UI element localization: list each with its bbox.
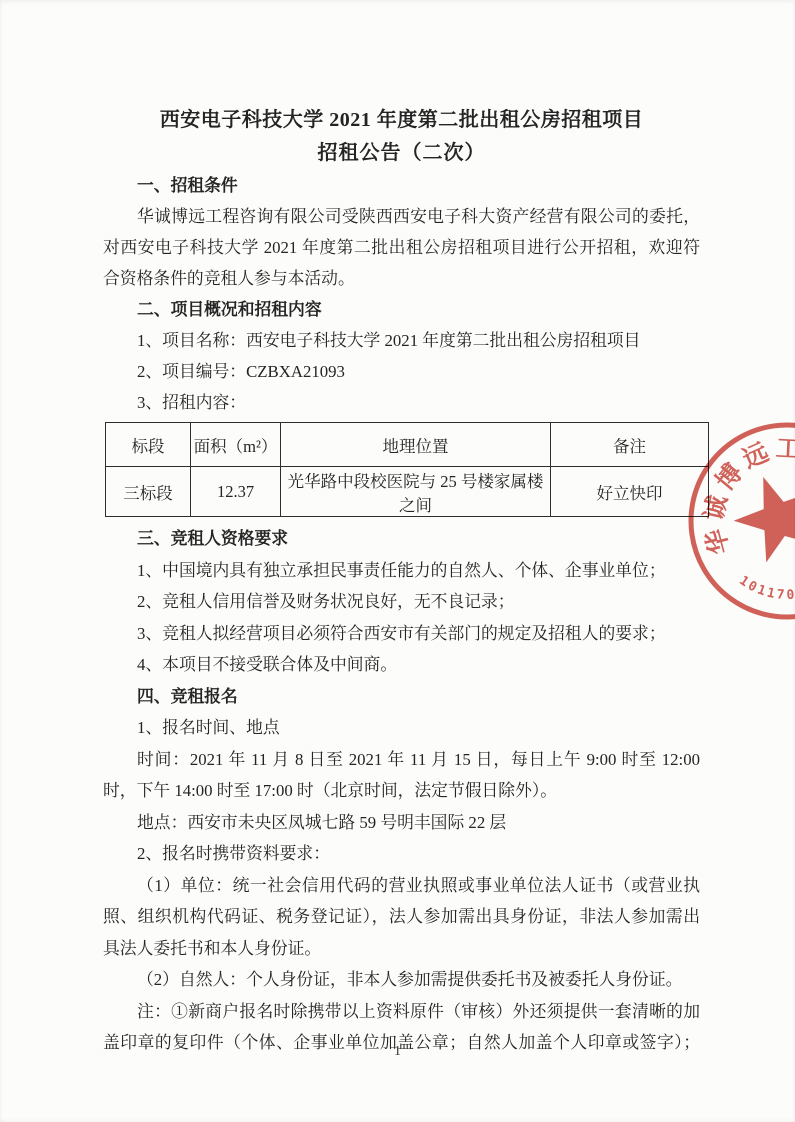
table-cell-area: 12.37 [191,467,281,517]
document-title-line1: 西安电子科技大学 2021 年度第二批出租公房招租项目 [103,104,700,138]
section-heading-bidder-qualifications: 三、竞租人资格要求 [103,523,700,555]
doc-line-registration-address: 地点：西安市未央区凤城七路 59 号明丰国际 22 层 [103,807,700,839]
section-heading-registration: 四、竞租报名 [103,681,700,713]
page-number: 1 [0,1044,795,1060]
section-heading-project-overview: 二、项目概况和招租内容 [103,294,700,325]
doc-line: 时，下午 14:00 时至 17:00 时（北京时间，法定节假日除外）。 [103,775,700,807]
table-cell-location: 光华路中段校医院与 25 号楼家属楼之间 [281,467,551,517]
doc-line-registration-time: 时间：2021 年 11 月 8 日至 2021 年 11 月 15 日，每日上… [103,744,700,776]
doc-line: 3、竞租人拟经营项目必须符合西安市有关部门的规定及招租人的要求； [103,618,700,650]
doc-line: 具法人委托书和本人身份证。 [103,933,700,965]
doc-line: 2、报名时携带资料要求： [103,838,700,870]
seal-serial-text: 10117019315 [735,560,795,611]
document-upper-section: 西安电子科技大学 2021 年度第二批出租公房招租项目 招租公告（二次） 一、招… [103,104,700,418]
doc-line-project-number: 2、项目编号：CZBXA21093 [103,356,700,387]
doc-line: （2）自然人：个人身份证，非本人参加需提供委托书及被委托人身份证。 [103,964,700,996]
rent-table-header-row: 标段 面积（m²） 地理位置 备注 [106,423,709,467]
doc-line: 合资格条件的竞租人参与本活动。 [103,263,700,294]
doc-line-rental-content: 3、招租内容： [103,387,700,418]
table-header-location: 地理位置 [281,423,551,467]
rent-table: 标段 面积（m²） 地理位置 备注 三标段 12.37 光华路中段校医院与 25… [105,422,709,517]
section-heading-rental-conditions: 一、招租条件 [103,170,700,201]
table-cell-bid-section: 三标段 [106,467,191,517]
doc-line: （1）单位：统一社会信用代码的营业执照或事业单位法人证书（或营业执 [103,870,700,902]
doc-line-note: 注：①新商户报名时除携带以上资料原件（审核）外还须提供一套清晰的加 [103,996,700,1028]
doc-line: 华诚博远工程咨询有限公司受陕西西安电子科大资产经营有限公司的委托， [103,201,700,232]
scanned-document-page: 西安电子科技大学 2021 年度第二批出租公房招租项目 招租公告（二次） 一、招… [0,0,795,1122]
table-header-bid-section: 标段 [106,423,191,467]
doc-line: 照、组织机构代码证、税务登记证），法人参加需出具身份证，非法人参加需出 [103,901,700,933]
svg-text:10117019315: 10117019315 [735,560,795,611]
doc-line: 4、本项目不接受联合体及中间商。 [103,649,700,681]
document-title-line2: 招租公告（二次） [103,138,700,170]
table-header-area: 面积（m²） [191,423,281,467]
rent-table-data-row: 三标段 12.37 光华路中段校医院与 25 号楼家属楼之间 好立快印 [106,467,709,517]
doc-line: 1、报名时间、地点 [103,712,700,744]
doc-line: 对西安电子科技大学 2021 年度第二批出租公房招租项目进行公开招租，欢迎符 [103,232,700,263]
document-lower-section: 三、竞租人资格要求 1、中国境内具有独立承担民事责任能力的自然人、个体、企事业单… [103,523,700,1059]
doc-line-project-name: 1、项目名称：西安电子科技大学 2021 年度第二批出租公房招租项目 [103,325,700,356]
doc-line: 2、竞租人信用信誉及财务状况良好，无不良记录； [103,586,700,618]
document-body: 西安电子科技大学 2021 年度第二批出租公房招租项目 招租公告（二次） 一、招… [103,104,700,1059]
doc-line: 1、中国境内具有独立承担民事责任能力的自然人、个体、企事业单位； [103,555,700,587]
